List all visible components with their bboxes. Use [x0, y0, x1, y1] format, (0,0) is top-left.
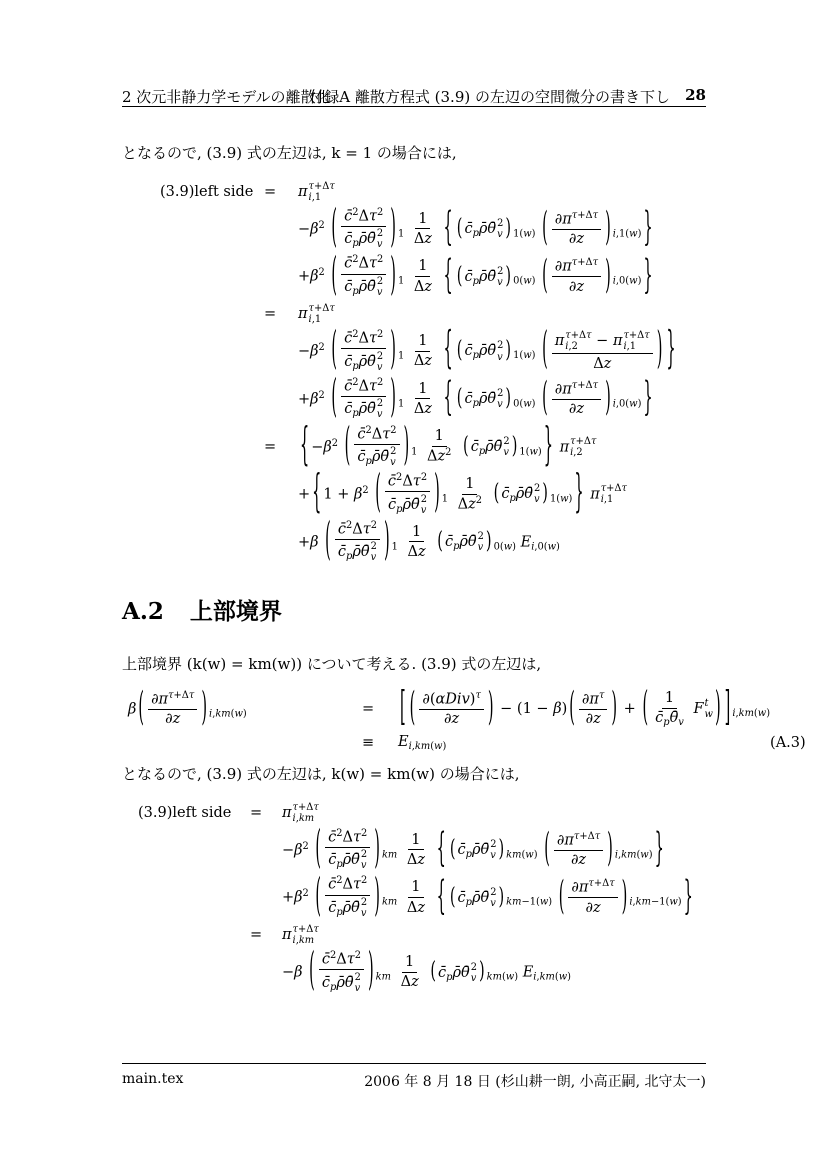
equation-math: Ei,km(w)	[398, 733, 770, 752]
equation-math: +β2 (c̄2Δτ2c̄pρ̄θ̄2v)1 1Δz {(c̄pρ̄θ̄2v)0…	[298, 378, 678, 421]
paragraph-km-intro: となるので, (3.9) 式の左辺は, k(w) = km(w) の場合には,	[122, 764, 706, 786]
equation-math: +β2 (c̄2Δτ2c̄pρ̄θ̄2v)1 1Δz {(c̄pρ̄θ̄2v)0…	[298, 255, 678, 298]
equation-math: {−β2 (c̄2Δτ2c̄pρ̄θ̄2v)1 1Δz2 (c̄pρ̄θ̄2v)…	[298, 426, 678, 469]
section-heading: A.2上部境界	[122, 593, 706, 626]
equation-math: −β (c̄2Δτ2c̄pρ̄θ̄2v)km 1Δz (c̄pρ̄θ̄2v)km…	[282, 951, 695, 994]
section-number: A.2	[122, 598, 164, 625]
document-page: 2 次元非静力学モデルの離散化 付録A 離散方程式 (3.9) の左辺の空間微分…	[0, 0, 826, 1169]
page-number: 28	[685, 86, 706, 104]
paragraph-k1-intro: となるので, (3.9) 式の左辺は, k = 1 の場合には,	[122, 143, 706, 165]
equation-relation: ≡	[362, 734, 398, 752]
equation-relation: =	[250, 926, 282, 944]
equation-math: +β (c̄2Δτ2c̄pρ̄θ̄2v)1 1Δz (c̄pρ̄θ̄2v)0(w…	[298, 521, 678, 564]
header-right-title: 付録A 離散方程式 (3.9) の左辺の空間微分の書き下し	[309, 86, 670, 107]
header-left-title: 2 次元非静力学モデルの離散化	[122, 86, 331, 107]
page-content: 2 次元非静力学モデルの離散化 付録A 離散方程式 (3.9) の左辺の空間微分…	[122, 86, 706, 994]
equation-math: −β2 (c̄2Δτ2c̄pρ̄θ̄2v)1 1Δz {(c̄pρ̄θ̄2v)1…	[298, 208, 678, 251]
footer-filename: main.tex	[122, 1071, 183, 1091]
equation-tag: (A.3)	[770, 734, 806, 752]
equation-relation: =	[362, 700, 398, 718]
equation-block-lower-boundary: (3.9)left side=πτ+Δτi,1−β2 (c̄2Δτ2c̄pρ̄θ…	[160, 181, 706, 564]
equation-math: [(∂(αDiv)τ∂z) − (1 − β)(∂πτ∂z) + (1c̄pθ̄…	[398, 690, 770, 728]
equation-label: β(∂πτ+Δτ∂z)i,km(w)	[128, 691, 362, 728]
equation-label: (3.9)left side	[160, 183, 264, 201]
footer-date-authors: 2006 年 8 月 18 日 (杉山耕一朗, 小高正嗣, 北守太一)	[364, 1071, 706, 1091]
section-title: 上部境界	[190, 598, 282, 625]
equation-math: πτ+Δτi,km	[282, 802, 695, 824]
equation-math: πτ+Δτi,1	[298, 303, 678, 325]
equation-math: πτ+Δτi,km	[282, 924, 695, 946]
equation-relation: =	[264, 183, 298, 201]
equation-label: (3.9)left side	[138, 804, 250, 822]
equation-relation: =	[264, 438, 298, 456]
equation-math: +{1 + β2 (c̄2Δτ2c̄pρ̄θ̄2v)1 1Δz2 (c̄pρ̄θ…	[298, 473, 678, 516]
equation-math: −β2 (c̄2Δτ2c̄pρ̄θ̄2v)1 1Δz {(c̄pρ̄θ̄2v)1…	[298, 330, 678, 373]
equation-relation: =	[264, 305, 298, 323]
equation-math: +β2 (c̄2Δτ2c̄pρ̄θ̄2v)km 1Δz {(c̄pρ̄θ̄2v)…	[282, 876, 695, 919]
equation-math: −β2 (c̄2Δτ2c̄pρ̄θ̄2v)km 1Δz {(c̄pρ̄θ̄2v)…	[282, 829, 695, 872]
equation-relation: =	[250, 804, 282, 822]
equation-a3: β(∂πτ+Δτ∂z)i,km(w)=[(∂(αDiv)τ∂z) − (1 − …	[128, 690, 706, 752]
equation-block-upper-boundary: (3.9)left side=πτ+Δτi,km−β2 (c̄2Δτ2c̄pρ̄…	[138, 802, 706, 994]
paragraph-upper-boundary-intro: 上部境界 (k(w) = km(w)) について考える. (3.9) 式の左辺は…	[122, 654, 706, 676]
equation-math: πτ+Δτi,1	[298, 181, 678, 203]
page-footer: main.tex 2006 年 8 月 18 日 (杉山耕一朗, 小高正嗣, 北…	[122, 1063, 706, 1091]
running-header: 2 次元非静力学モデルの離散化 付録A 離散方程式 (3.9) の左辺の空間微分…	[122, 86, 706, 107]
